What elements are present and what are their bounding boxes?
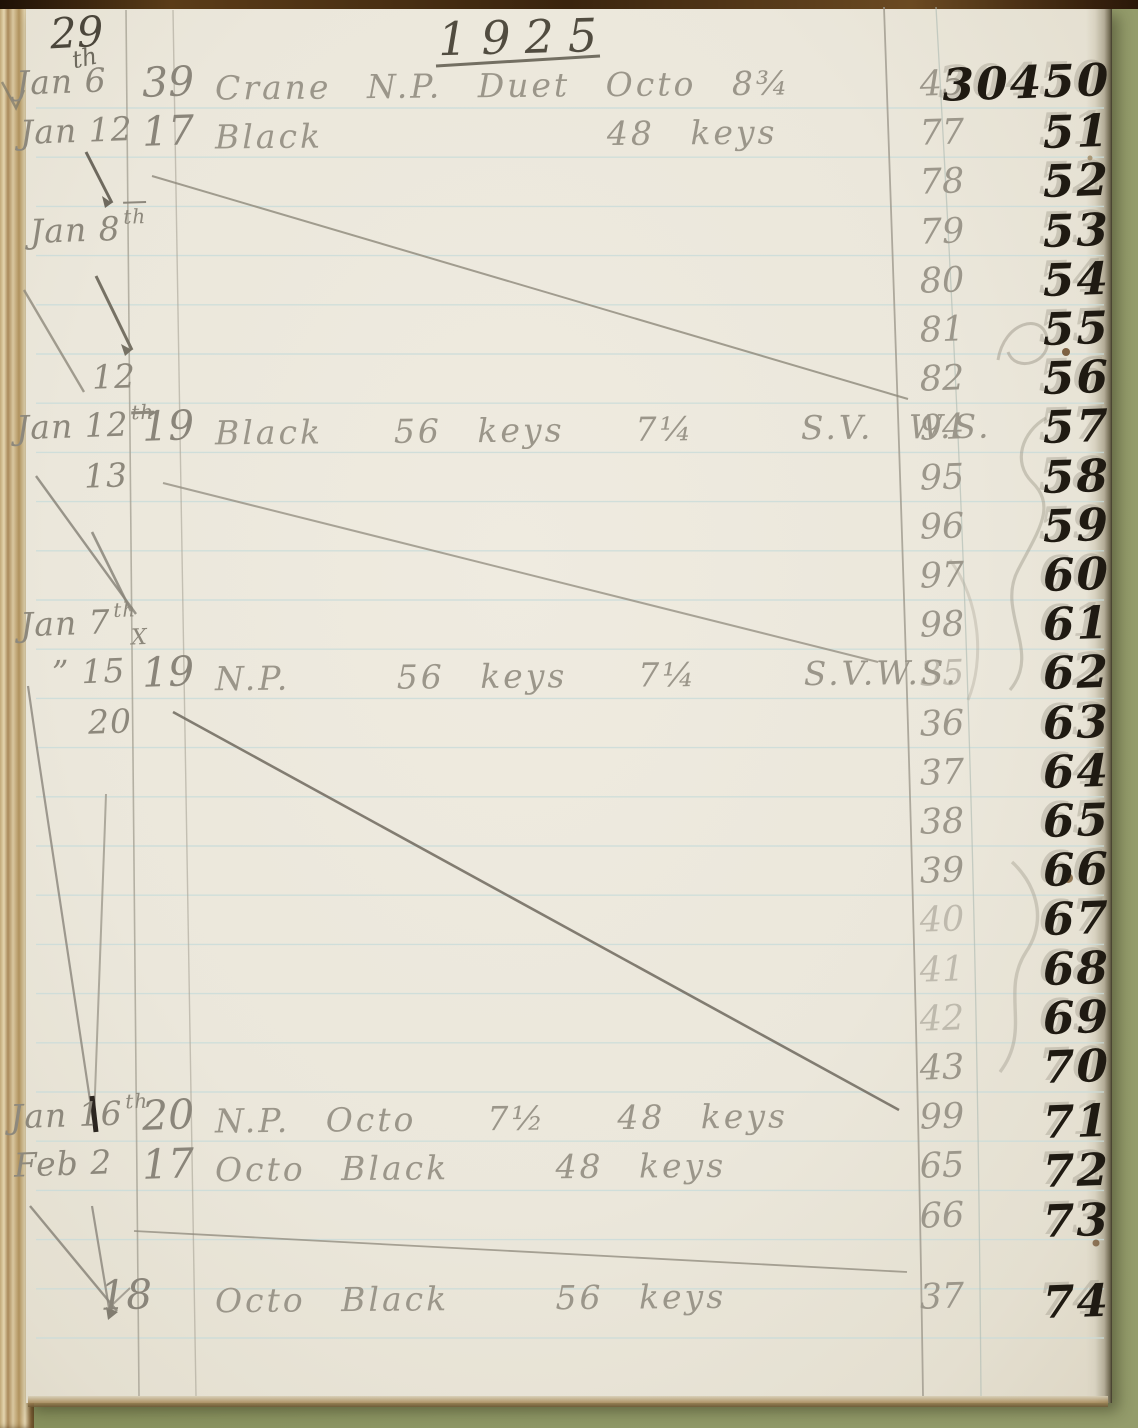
row-folio-number: 68 <box>1038 940 1114 995</box>
row-date: Jan 12th <box>15 404 155 448</box>
row-date: Jan 16th <box>9 1093 149 1137</box>
row-serial-number: 78 <box>904 161 979 204</box>
row-quantity: 18 <box>99 1270 153 1320</box>
row-serial-number: 39 <box>904 850 979 893</box>
row-serial-number: 97 <box>904 555 979 598</box>
row-date-note: X <box>131 625 149 651</box>
row-folio-number: 73 <box>1038 1192 1114 1247</box>
row-date-text: Jan 6 <box>15 60 107 102</box>
row-description: N.P. 56 keys 7¼ S.V.W.S. <box>215 653 959 698</box>
row-folio-number: 52 <box>1038 153 1114 208</box>
row-serial-number: 79 <box>904 210 979 253</box>
row-serial-number: 98 <box>904 604 979 647</box>
row-folio-number: 71 <box>1038 1094 1114 1149</box>
row-folio-number: 30450 <box>938 53 1115 112</box>
row-serial-number: 37 <box>904 1276 979 1319</box>
row-date-superscript: th <box>123 201 147 229</box>
row-date: 12 <box>91 356 136 397</box>
row-description: Black 48 keys <box>215 113 778 157</box>
row-date: Jan 12 <box>19 109 133 152</box>
row-date-text: 13 <box>83 455 128 496</box>
notebook-top-edge <box>0 0 1138 9</box>
row-date-text: Jan 7 <box>19 602 111 644</box>
row-serial-number: 41 <box>904 948 979 991</box>
row-date-text: 12 <box>91 356 136 397</box>
row-description: Black 56 keys 7¼ S.V. W.S. <box>215 407 992 453</box>
row-serial-number: 36 <box>904 702 979 745</box>
row-date-text: Jan 16 <box>9 1094 123 1137</box>
row-folio-number: 65 <box>1038 793 1114 848</box>
row-serial-number: 37 <box>904 752 979 795</box>
row-folio-number: 62 <box>1038 645 1114 700</box>
row-folio-number: 72 <box>1038 1143 1114 1198</box>
row-serial-number: 40 <box>904 899 979 942</box>
row-serial-number: 80 <box>904 260 979 303</box>
row-serial-number: 66 <box>904 1194 979 1237</box>
row-serial-number: 65 <box>904 1145 979 1188</box>
row-description: N.P. Octo 7½ 48 keys <box>215 1097 788 1141</box>
row-folio-number: 70 <box>1038 1039 1114 1094</box>
row-serial-number: 35 <box>904 653 979 696</box>
row-date-text: Jan 12 <box>19 109 133 152</box>
row-description: Octo Black 56 keys <box>215 1277 726 1320</box>
row-folio-number: 64 <box>1038 744 1114 799</box>
row-serial-number: 43 <box>904 1047 979 1090</box>
ledger-page-photo: 29 th 1925 Jan 639Crane N.P. Duet Octo 8… <box>0 0 1138 1428</box>
row-date: Jan 6 <box>15 60 107 102</box>
row-date-text: ” 15 <box>51 651 126 693</box>
row-quantity: 20 <box>141 1090 195 1140</box>
row-serial-number: 81 <box>904 309 979 352</box>
row-date-text: 20 <box>87 701 132 742</box>
row-folio-number: 59 <box>1038 498 1114 553</box>
row-quantity: 19 <box>141 647 195 697</box>
row-quantity: 39 <box>141 57 195 107</box>
row-folio-number: 63 <box>1038 694 1114 749</box>
row-date-text: Jan 8 <box>29 208 121 250</box>
row-folio-number: 56 <box>1038 350 1114 405</box>
row-serial-number: 77 <box>904 112 979 155</box>
row-date: ” 15 <box>51 651 126 693</box>
row-folio-number: 53 <box>1038 202 1114 257</box>
row-serial-number: 82 <box>904 358 979 401</box>
row-folio-number: 51 <box>1038 104 1114 159</box>
row-description: Crane N.P. Duet Octo 8¾ <box>215 63 791 107</box>
year-heading: 1925 <box>437 8 611 67</box>
row-quantity: 19 <box>141 401 195 451</box>
row-description: Octo Black 48 keys <box>215 1146 726 1189</box>
row-serial-number: 42 <box>904 998 979 1041</box>
page-bottom-edge <box>28 1396 1108 1407</box>
row-serial-number: 38 <box>904 801 979 844</box>
row-date-text: Feb 2 <box>13 1143 113 1185</box>
row-date: 13 <box>83 455 128 496</box>
row-folio-number: 66 <box>1038 842 1114 897</box>
row-folio-number: 74 <box>1038 1274 1114 1329</box>
row-folio-number: 69 <box>1038 990 1114 1045</box>
row-date: Feb 2 <box>13 1143 113 1185</box>
row-folio-number: 58 <box>1038 448 1114 503</box>
row-date: Jan 7thX <box>19 601 154 645</box>
row-folio-number: 54 <box>1038 252 1114 307</box>
row-date-text: Jan 12 <box>15 405 129 448</box>
row-serial-number: 94 <box>904 407 979 450</box>
row-serial-number: 95 <box>904 456 979 499</box>
row-folio-number: 61 <box>1038 596 1114 651</box>
row-folio-number: 55 <box>1038 301 1114 356</box>
row-date: 20 <box>87 701 132 742</box>
row-folio-number: 57 <box>1038 399 1114 454</box>
row-serial-number: 99 <box>904 1096 979 1139</box>
row-quantity: 17 <box>141 1139 195 1189</box>
row-quantity: 17 <box>141 106 195 156</box>
row-date-superscript: th <box>113 597 137 622</box>
row-folio-number: 60 <box>1038 547 1114 602</box>
row-serial-number: 96 <box>904 506 979 549</box>
row-date: Jan 8th <box>29 208 147 251</box>
row-folio-number: 67 <box>1038 891 1114 946</box>
